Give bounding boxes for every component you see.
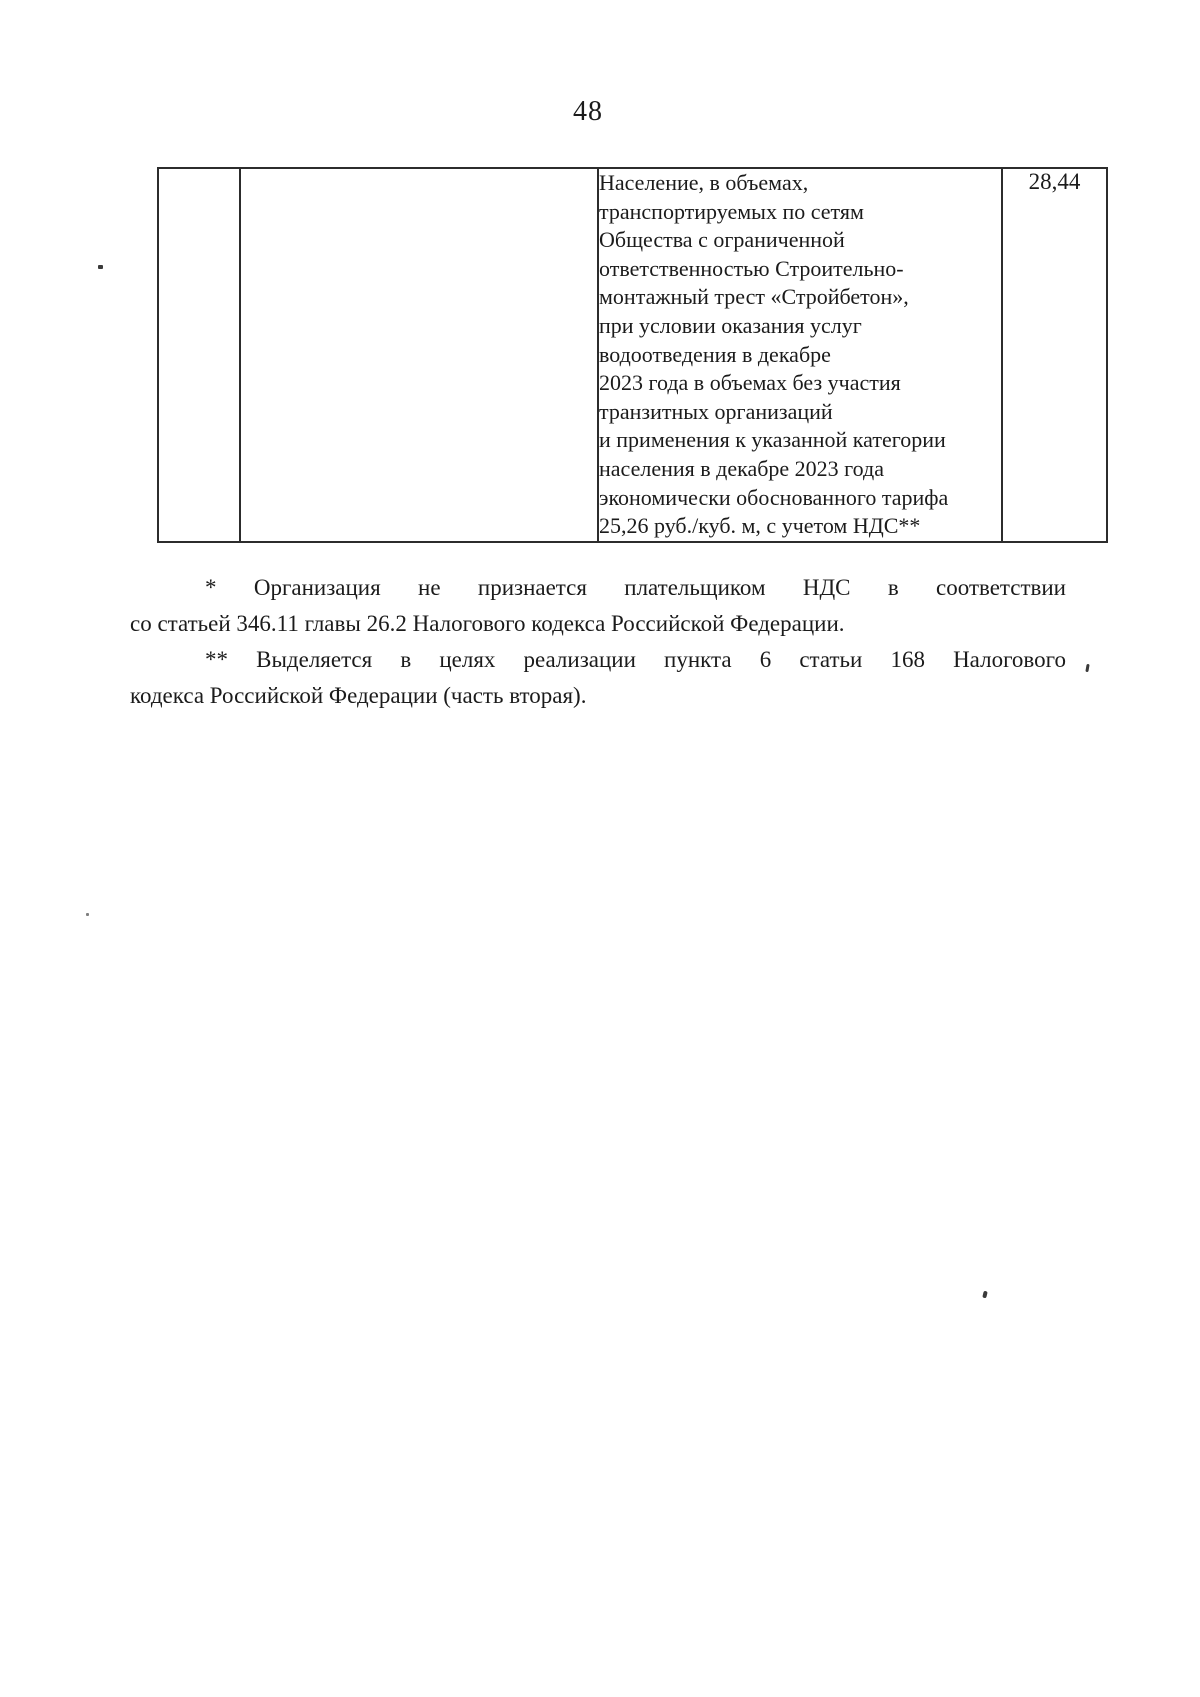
scan-speck [1085, 664, 1089, 672]
table-row: Население, в объемах, транспортируемых п… [158, 168, 1107, 542]
scan-speck [98, 265, 103, 269]
scan-speck [86, 913, 89, 916]
footnote-line: ** Выделяется в целях реализации пункта … [130, 642, 1066, 678]
footnote-line: * Организация не признается плательщиком… [130, 570, 1066, 606]
footnote-line: кодекса Российской Федерации (часть втор… [130, 678, 1066, 714]
cell-organization [240, 168, 598, 542]
cell-tariff-value: 28,44 [1002, 168, 1107, 542]
footnote-vat: * Организация не признается плательщиком… [130, 570, 1066, 642]
page-number: 48 [0, 96, 1176, 128]
cell-row-number [158, 168, 240, 542]
tariff-table: Население, в объемах, транспортируемых п… [157, 167, 1108, 543]
cell-category-description: Население, в объемах, транспортируемых п… [598, 168, 1002, 542]
scan-speck [982, 1291, 988, 1299]
footnotes: * Организация не признается плательщиком… [130, 570, 1066, 714]
footnote-tax-code: ** Выделяется в целях реализации пункта … [130, 642, 1066, 714]
document-page: 48 Население, в объемах, транспортируемы… [0, 0, 1200, 1697]
footnote-line: со статьей 346.11 главы 26.2 Налогового … [130, 606, 1066, 642]
